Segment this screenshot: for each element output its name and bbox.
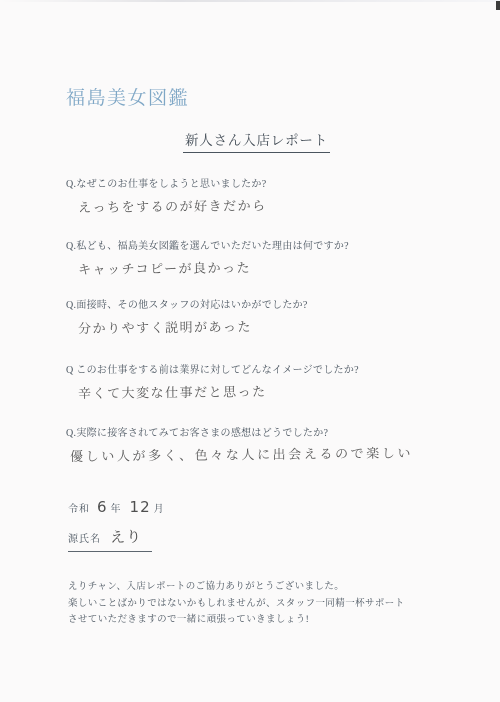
month-value-handwritten: 12 bbox=[130, 498, 151, 516]
year-unit-label: 年 bbox=[111, 500, 122, 515]
closing-message: えりチャン、入店レポートのご協力ありがとうございました。 楽しいことばかりではな… bbox=[68, 579, 405, 629]
question-1: Q.なぜこのお仕事をしようと思いましたか? bbox=[66, 175, 486, 190]
question-5: Q.実際に接客されてみてお客さまの感想はどうでしたか? bbox=[66, 424, 486, 439]
answer-3-handwritten: 分かりやすく説明があった bbox=[78, 314, 486, 337]
qa-block-2: Q.私ども、福島美女図鑑を選んでいただいた理由は何ですか? キャッチコピーが良か… bbox=[66, 237, 486, 278]
scan-edge-artifact bbox=[0, 0, 500, 2]
qa-block-3: Q.面接時、その他スタッフの対応はいかがでしたか? 分かりやすく説明があった bbox=[66, 296, 486, 337]
qa-block-5: Q.実際に接客されてみてお客さまの感想はどうでしたか? 優しい人が多く、色々な人… bbox=[66, 424, 486, 465]
date-line: 令和 6 年 12 月 bbox=[68, 498, 166, 516]
stage-name-line: 源氏名 えり bbox=[68, 526, 152, 552]
era-label: 令和 bbox=[68, 500, 90, 515]
stage-name-label: 源氏名 bbox=[68, 530, 101, 545]
closing-line-1: えりチャン、入店レポートのご協力ありがとうございました。 bbox=[68, 579, 405, 596]
report-title: 新人さん入店レポート bbox=[183, 129, 330, 153]
answer-5-handwritten: 優しい人が多く、色々な人に出会えるので楽しい bbox=[70, 442, 486, 465]
question-3: Q.面接時、その他スタッフの対応はいかがでしたか? bbox=[66, 296, 486, 311]
question-4: Q このお仕事をする前は業界に対してどんなイメージでしたか? bbox=[66, 361, 486, 376]
scan-corner-artifact bbox=[496, 1, 500, 10]
scanned-report-page: 福島美女図鑑 新人さん入店レポート Q.なぜこのお仕事をしようと思いましたか? … bbox=[0, 0, 500, 702]
year-value-handwritten: 6 bbox=[97, 498, 108, 516]
answer-2-handwritten: キャッチコピーが良かった bbox=[78, 255, 486, 278]
stage-name-value-handwritten: えり bbox=[110, 525, 143, 547]
question-2: Q.私ども、福島美女図鑑を選んでいただいた理由は何ですか? bbox=[66, 237, 486, 252]
closing-line-3: させていただきますので一緒に頑張っていきましょう! bbox=[68, 612, 405, 629]
brand-logo: 福島美女図鑑 bbox=[66, 83, 189, 110]
qa-block-4: Q このお仕事をする前は業界に対してどんなイメージでしたか? 辛くて大変な仕事だ… bbox=[66, 361, 486, 402]
answer-1-handwritten: えっちをするのが好きだから bbox=[78, 193, 486, 216]
answer-4-handwritten: 辛くて大変な仕事だと思った bbox=[78, 379, 486, 402]
closing-line-2: 楽しいことばかりではないかもしれませんが、スタッフ一同精一杯サポート bbox=[68, 596, 405, 613]
month-unit-label: 月 bbox=[154, 500, 165, 515]
qa-block-1: Q.なぜこのお仕事をしようと思いましたか? えっちをするのが好きだから bbox=[66, 175, 486, 216]
